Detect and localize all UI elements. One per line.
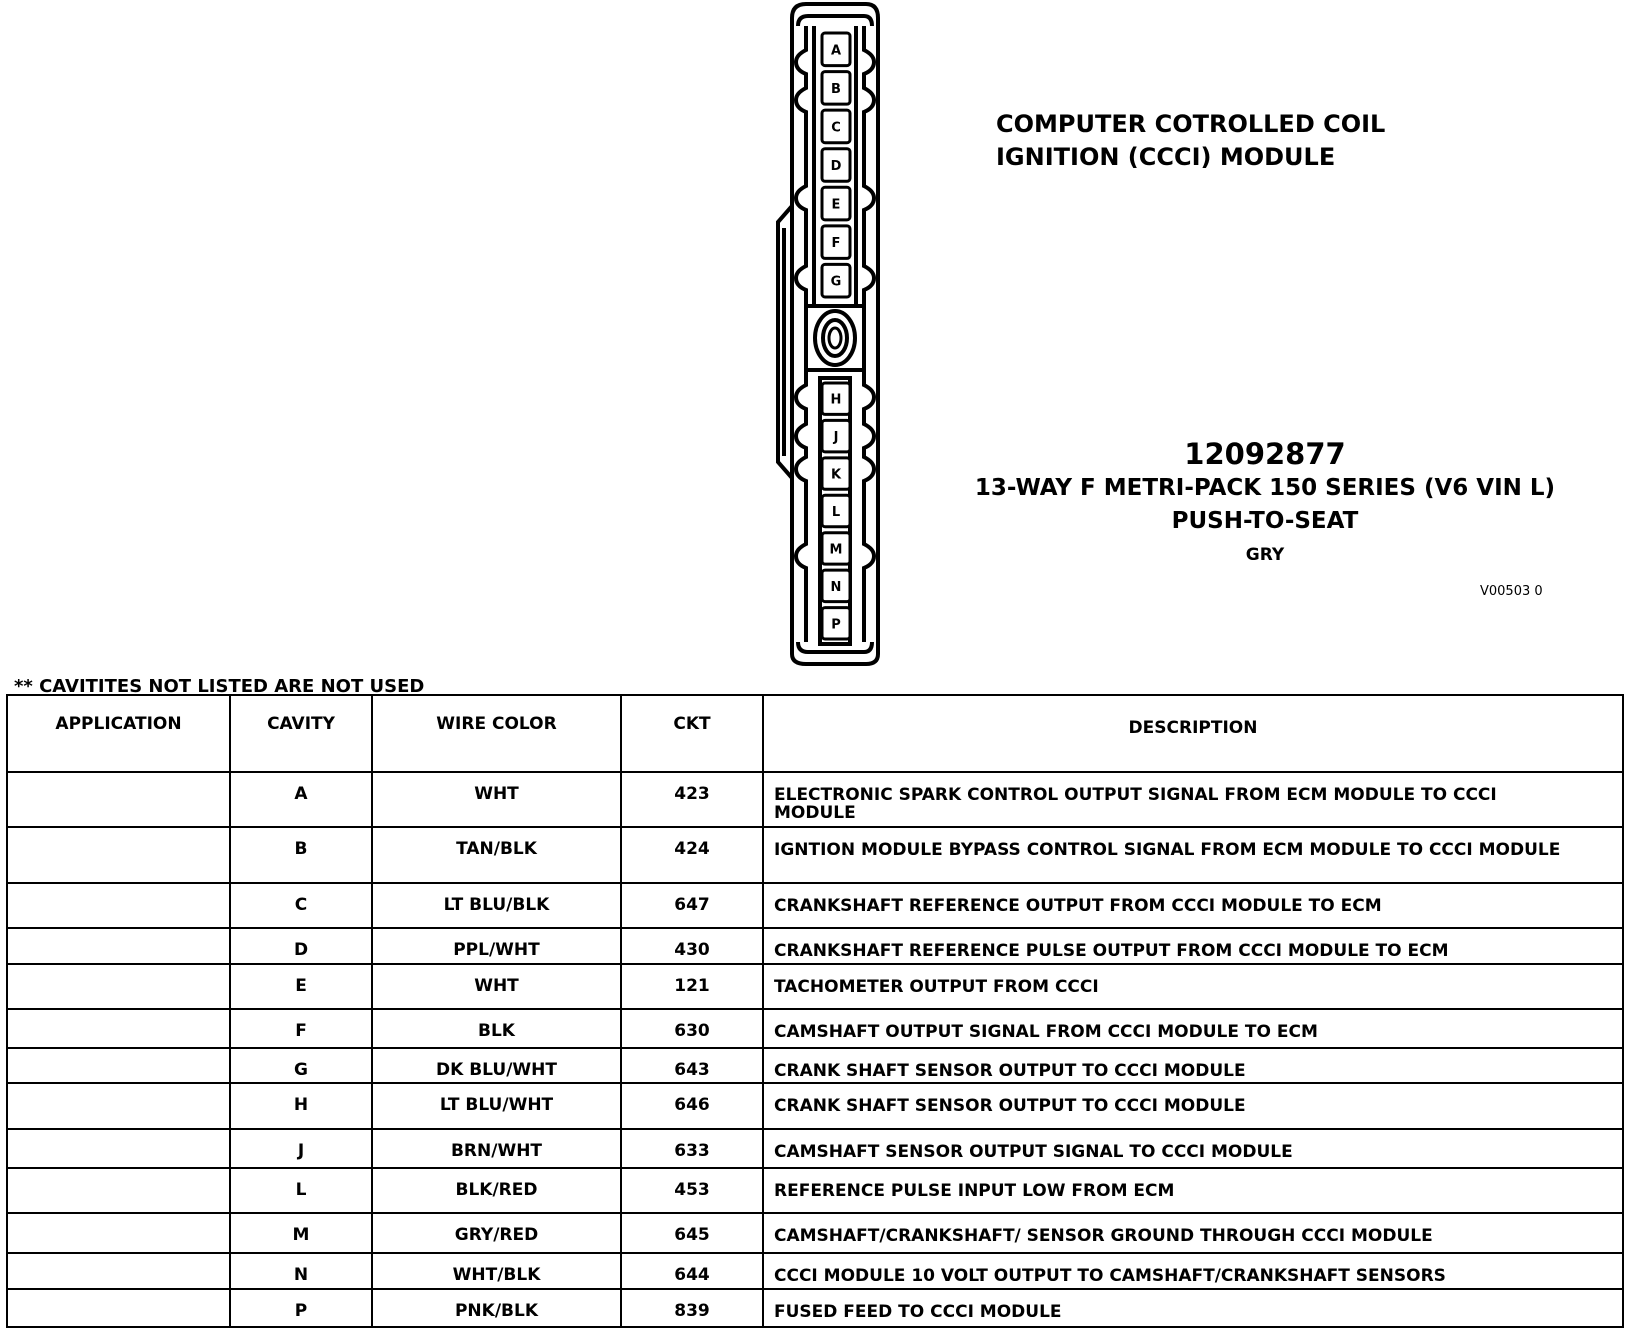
connector-color: GRY bbox=[1100, 545, 1430, 565]
cell-description: FUSED FEED TO CCCI MODULE bbox=[763, 1289, 1623, 1327]
cell-wire-color: PNK/BLK bbox=[372, 1289, 621, 1327]
cell-description: CCCI MODULE 10 VOLT OUTPUT TO CAMSHAFT/C… bbox=[763, 1253, 1623, 1289]
cell-application bbox=[7, 1253, 230, 1289]
cell-application bbox=[7, 1168, 230, 1213]
table-row: LBLK/RED453REFERENCE PULSE INPUT LOW FRO… bbox=[7, 1168, 1623, 1213]
cell-cavity: A bbox=[230, 772, 372, 827]
cell-application bbox=[7, 1129, 230, 1168]
cell-cavity: L bbox=[230, 1168, 372, 1213]
cell-description: CRANKSHAFT REFERENCE OUTPUT FROM CCCI MO… bbox=[763, 883, 1623, 928]
connector-series: 13-WAY F METRI-PACK 150 SERIES (V6 VIN L… bbox=[950, 475, 1580, 501]
cell-application bbox=[7, 1009, 230, 1048]
cell-description: CRANKSHAFT REFERENCE PULSE OUTPUT FROM C… bbox=[763, 928, 1623, 964]
cell-cavity: P bbox=[230, 1289, 372, 1327]
cell-ckt: 646 bbox=[621, 1083, 763, 1129]
table-row: MGRY/RED645CAMSHAFT/CRANKSHAFT/ SENSOR G… bbox=[7, 1213, 1623, 1253]
cell-wire-color: LT BLU/BLK bbox=[372, 883, 621, 928]
table-row: FBLK630CAMSHAFT OUTPUT SIGNAL FROM CCCI … bbox=[7, 1009, 1623, 1048]
table-row: CLT BLU/BLK647CRANKSHAFT REFERENCE OUTPU… bbox=[7, 883, 1623, 928]
cavity-label: P bbox=[831, 617, 841, 632]
cell-description: CAMSHAFT/CRANKSHAFT/ SENSOR GROUND THROU… bbox=[763, 1213, 1623, 1253]
connector-seat-type: PUSH-TO-SEAT bbox=[1100, 508, 1430, 534]
cavity-label: K bbox=[831, 468, 842, 483]
cavity-label: J bbox=[833, 430, 839, 445]
table-row: NWHT/BLK644CCCI MODULE 10 VOLT OUTPUT TO… bbox=[7, 1253, 1623, 1289]
cell-ckt: 633 bbox=[621, 1129, 763, 1168]
cell-application bbox=[7, 964, 230, 1009]
header-description: DESCRIPTION bbox=[763, 695, 1623, 772]
header-wire-color: WIRE COLOR bbox=[372, 695, 621, 772]
header-cavity: CAVITY bbox=[230, 695, 372, 772]
reference-code: V00503 0 bbox=[1480, 584, 1543, 599]
cell-description: ELECTRONIC SPARK CONTROL OUTPUT SIGNAL F… bbox=[763, 772, 1623, 827]
cell-ckt: 424 bbox=[621, 827, 763, 883]
cell-cavity: D bbox=[230, 928, 372, 964]
cell-wire-color: WHT/BLK bbox=[372, 1253, 621, 1289]
cavity-label: B bbox=[831, 82, 841, 97]
cell-wire-color: TAN/BLK bbox=[372, 827, 621, 883]
cell-cavity: H bbox=[230, 1083, 372, 1129]
table-row: DPPL/WHT430CRANKSHAFT REFERENCE PULSE OU… bbox=[7, 928, 1623, 964]
cell-cavity: G bbox=[230, 1048, 372, 1083]
cell-application bbox=[7, 1213, 230, 1253]
cell-application bbox=[7, 772, 230, 827]
cavity-label: E bbox=[832, 198, 841, 213]
cell-ckt: 121 bbox=[621, 964, 763, 1009]
table-row: AWHT423ELECTRONIC SPARK CONTROL OUTPUT S… bbox=[7, 772, 1623, 827]
cavity-label: G bbox=[831, 275, 842, 290]
cell-application bbox=[7, 1289, 230, 1327]
connector-title-line-1: COMPUTER COTROLLED COIL bbox=[996, 110, 1385, 138]
cell-description: TACHOMETER OUTPUT FROM CCCI bbox=[763, 964, 1623, 1009]
cell-ckt: 643 bbox=[621, 1048, 763, 1083]
cell-wire-color: DK BLU/WHT bbox=[372, 1048, 621, 1083]
table-row: GDK BLU/WHT643CRANK SHAFT SENSOR OUTPUT … bbox=[7, 1048, 1623, 1083]
cell-cavity: N bbox=[230, 1253, 372, 1289]
cell-ckt: 430 bbox=[621, 928, 763, 964]
cell-wire-color: WHT bbox=[372, 964, 621, 1009]
cell-wire-color: BLK bbox=[372, 1009, 621, 1048]
cell-wire-color: GRY/RED bbox=[372, 1213, 621, 1253]
cavity-label: D bbox=[831, 159, 842, 174]
header-application: APPLICATION bbox=[7, 695, 230, 772]
cavity-label: N bbox=[831, 580, 842, 595]
cell-description: CRANK SHAFT SENSOR OUTPUT TO CCCI MODULE bbox=[763, 1048, 1623, 1083]
connector-title-line-2: IGNITION (CCCI) MODULE bbox=[996, 143, 1335, 171]
table-row: JBRN/WHT633CAMSHAFT SENSOR OUTPUT SIGNAL… bbox=[7, 1129, 1623, 1168]
table-row: HLT BLU/WHT646CRANK SHAFT SENSOR OUTPUT … bbox=[7, 1083, 1623, 1129]
cell-cavity: C bbox=[230, 883, 372, 928]
cell-application bbox=[7, 1048, 230, 1083]
cell-application bbox=[7, 928, 230, 964]
cell-wire-color: WHT bbox=[372, 772, 621, 827]
table-row: PPNK/BLK839FUSED FEED TO CCCI MODULE bbox=[7, 1289, 1623, 1327]
pinout-table: APPLICATION CAVITY WIRE COLOR CKT DESCRI… bbox=[6, 694, 1624, 1328]
cell-ckt: 645 bbox=[621, 1213, 763, 1253]
table-row: EWHT121TACHOMETER OUTPUT FROM CCCI bbox=[7, 964, 1623, 1009]
cell-cavity: F bbox=[230, 1009, 372, 1048]
cell-wire-color: LT BLU/WHT bbox=[372, 1083, 621, 1129]
table-header-row: APPLICATION CAVITY WIRE COLOR CKT DESCRI… bbox=[7, 695, 1623, 772]
cell-cavity: E bbox=[230, 964, 372, 1009]
cell-application bbox=[7, 883, 230, 928]
cell-cavity: M bbox=[230, 1213, 372, 1253]
cell-description: IGNTION MODULE BYPASS CONTROL SIGNAL FRO… bbox=[763, 827, 1623, 883]
cavity-label: A bbox=[831, 43, 841, 58]
cell-ckt: 630 bbox=[621, 1009, 763, 1048]
cell-cavity: J bbox=[230, 1129, 372, 1168]
cell-description: CAMSHAFT OUTPUT SIGNAL FROM CCCI MODULE … bbox=[763, 1009, 1623, 1048]
cavity-label: H bbox=[831, 393, 842, 408]
cell-ckt: 647 bbox=[621, 883, 763, 928]
table-row: BTAN/BLK424IGNTION MODULE BYPASS CONTROL… bbox=[7, 827, 1623, 883]
cell-description: CAMSHAFT SENSOR OUTPUT SIGNAL TO CCCI MO… bbox=[763, 1129, 1623, 1168]
cell-application bbox=[7, 827, 230, 883]
cell-application bbox=[7, 1083, 230, 1129]
cell-ckt: 453 bbox=[621, 1168, 763, 1213]
cell-ckt: 644 bbox=[621, 1253, 763, 1289]
cell-ckt: 839 bbox=[621, 1289, 763, 1327]
cell-ckt: 423 bbox=[621, 772, 763, 827]
header-ckt: CKT bbox=[621, 695, 763, 772]
cell-wire-color: BRN/WHT bbox=[372, 1129, 621, 1168]
cell-description: CRANK SHAFT SENSOR OUTPUT TO CCCI MODULE bbox=[763, 1083, 1623, 1129]
cell-wire-color: BLK/RED bbox=[372, 1168, 621, 1213]
connector-face-diagram: ABCDEFG HJKLMNP bbox=[770, 0, 900, 672]
cell-description: REFERENCE PULSE INPUT LOW FROM ECM bbox=[763, 1168, 1623, 1213]
cavity-label: F bbox=[832, 236, 841, 251]
cavity-label: L bbox=[832, 505, 840, 520]
cavity-label: C bbox=[831, 120, 841, 135]
cavity-label: M bbox=[830, 542, 843, 557]
cell-cavity: B bbox=[230, 827, 372, 883]
part-number: 12092877 bbox=[1100, 437, 1430, 471]
cell-wire-color: PPL/WHT bbox=[372, 928, 621, 964]
